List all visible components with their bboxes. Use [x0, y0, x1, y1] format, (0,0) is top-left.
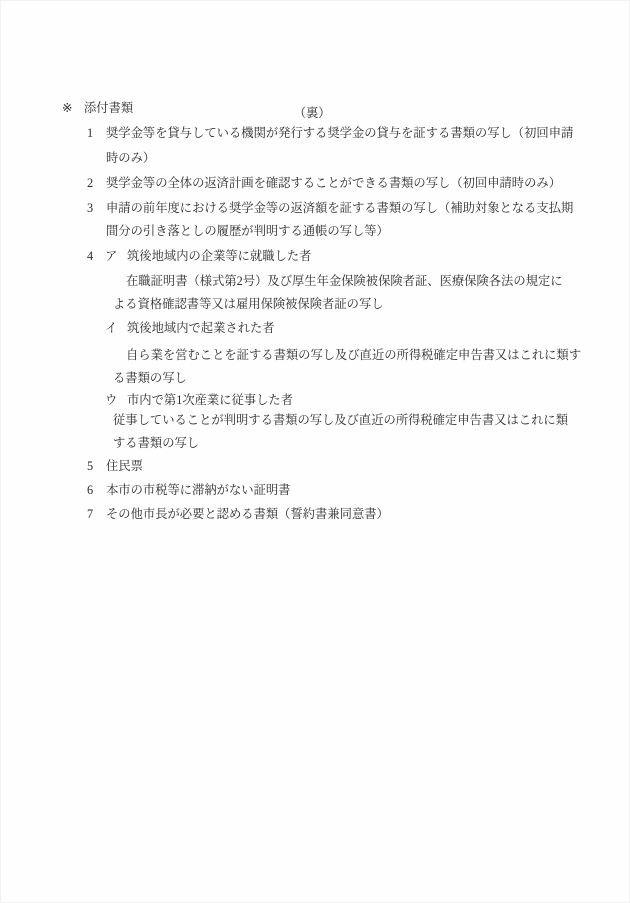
sub-item-u-desc-text-2: する書類の写し: [113, 431, 199, 456]
item-5-number: 5: [87, 454, 93, 479]
item-6-line-1: 6 本市の市税等に滞納がない証明書: [0, 478, 630, 503]
item-5-line-1: 5 住民票: [0, 454, 630, 479]
item-2-text: 奨学金等の全体の返済計画を確認することができる書類の写し（初回申請時のみ）: [106, 171, 561, 196]
item-6-text: 本市の市税等に滞納がない証明書: [106, 478, 290, 503]
item-3-number: 3: [87, 196, 93, 221]
sub-item-i-desc-line-1: 自ら業を営むことを証する書類の写し及び直近の所得税確定申告書又はこれに類す: [0, 343, 630, 368]
sub-item-u-desc-text-1: 従事していることが判明する書類の写し及び直近の所得税確定申告書又はこれに類: [113, 408, 568, 433]
item-7-number: 7: [87, 502, 93, 527]
item-3-line-2: 間分の引き落としの履歴が判明する通帳の写し等）: [0, 219, 630, 244]
attachments-title: 添付書類: [84, 96, 133, 121]
item-5-text: 住民票: [106, 454, 143, 479]
sub-item-a-kana: ア: [105, 244, 117, 269]
item-2-number: 2: [87, 171, 93, 196]
item-4-number: 4: [87, 244, 93, 269]
sub-item-u-desc-line-2: する書類の写し: [0, 431, 630, 456]
sub-item-a-title: 筑後地域内の企業等に就職した者: [127, 244, 311, 269]
attachments-heading: ※ 添付書類: [0, 96, 630, 121]
sub-item-i-kana: イ: [105, 316, 117, 341]
sub-item-u-desc-line-1: 従事していることが判明する書類の写し及び直近の所得税確定申告書又はこれに類: [0, 408, 630, 433]
sub-item-i-desc-text-1: 自ら業を営むことを証する書類の写し及び直近の所得税確定申告書又はこれに類す: [126, 343, 581, 368]
item-7-line-1: 7 その他市長が必要と認める書類（誓約書兼同意書）: [0, 502, 630, 527]
item-1-line-2: 時のみ）: [0, 146, 630, 171]
sub-item-a-desc-line-1: 在職証明書（様式第2号）及び厚生年金保険被保険者証、医療保険各法の規定に: [0, 269, 630, 294]
sub-item-i-title-line: イ 筑後地域内で起業された者: [0, 316, 630, 341]
item-3-text-cont: 間分の引き落としの履歴が判明する通帳の写し等）: [106, 219, 389, 244]
sub-item-a-desc-line-2: よる資格確認書等又は雇用保険被保険者証の写し: [0, 292, 630, 317]
item-2-line-1: 2 奨学金等の全体の返済計画を確認することができる書類の写し（初回申請時のみ）: [0, 171, 630, 196]
item-1-text: 奨学金等を貸与している機関が発行する奨学金の貸与を証する書類の写し（初回申請: [106, 121, 573, 146]
sub-item-i-title: 筑後地域内で起業された者: [127, 316, 275, 341]
item-1-line-1: 1 奨学金等を貸与している機関が発行する奨学金の貸与を証する書類の写し（初回申請: [0, 121, 630, 146]
item-7-text: その他市長が必要と認める書類（誓約書兼同意書）: [106, 502, 389, 527]
sub-item-a-desc-text-2: よる資格確認書等又は雇用保険被保険者証の写し: [113, 292, 384, 317]
item-3-text: 申請の前年度における奨学金等の返済額を証する書類の写し（補助対象となる支払期: [106, 196, 573, 221]
item-4-sub-a-title-line: 4 ア 筑後地域内の企業等に就職した者: [0, 244, 630, 269]
item-6-number: 6: [87, 478, 93, 503]
sub-item-a-desc-text-1: 在職証明書（様式第2号）及び厚生年金保険被保険者証、医療保険各法の規定に: [126, 269, 563, 294]
document-page: （裏） ※ 添付書類 1 奨学金等を貸与している機関が発行する奨学金の貸与を証す…: [0, 0, 630, 903]
item-1-text-cont: 時のみ）: [106, 146, 155, 171]
note-marker: ※: [62, 96, 72, 121]
item-1-number: 1: [87, 121, 93, 146]
item-3-line-1: 3 申請の前年度における奨学金等の返済額を証する書類の写し（補助対象となる支払期: [0, 196, 630, 221]
